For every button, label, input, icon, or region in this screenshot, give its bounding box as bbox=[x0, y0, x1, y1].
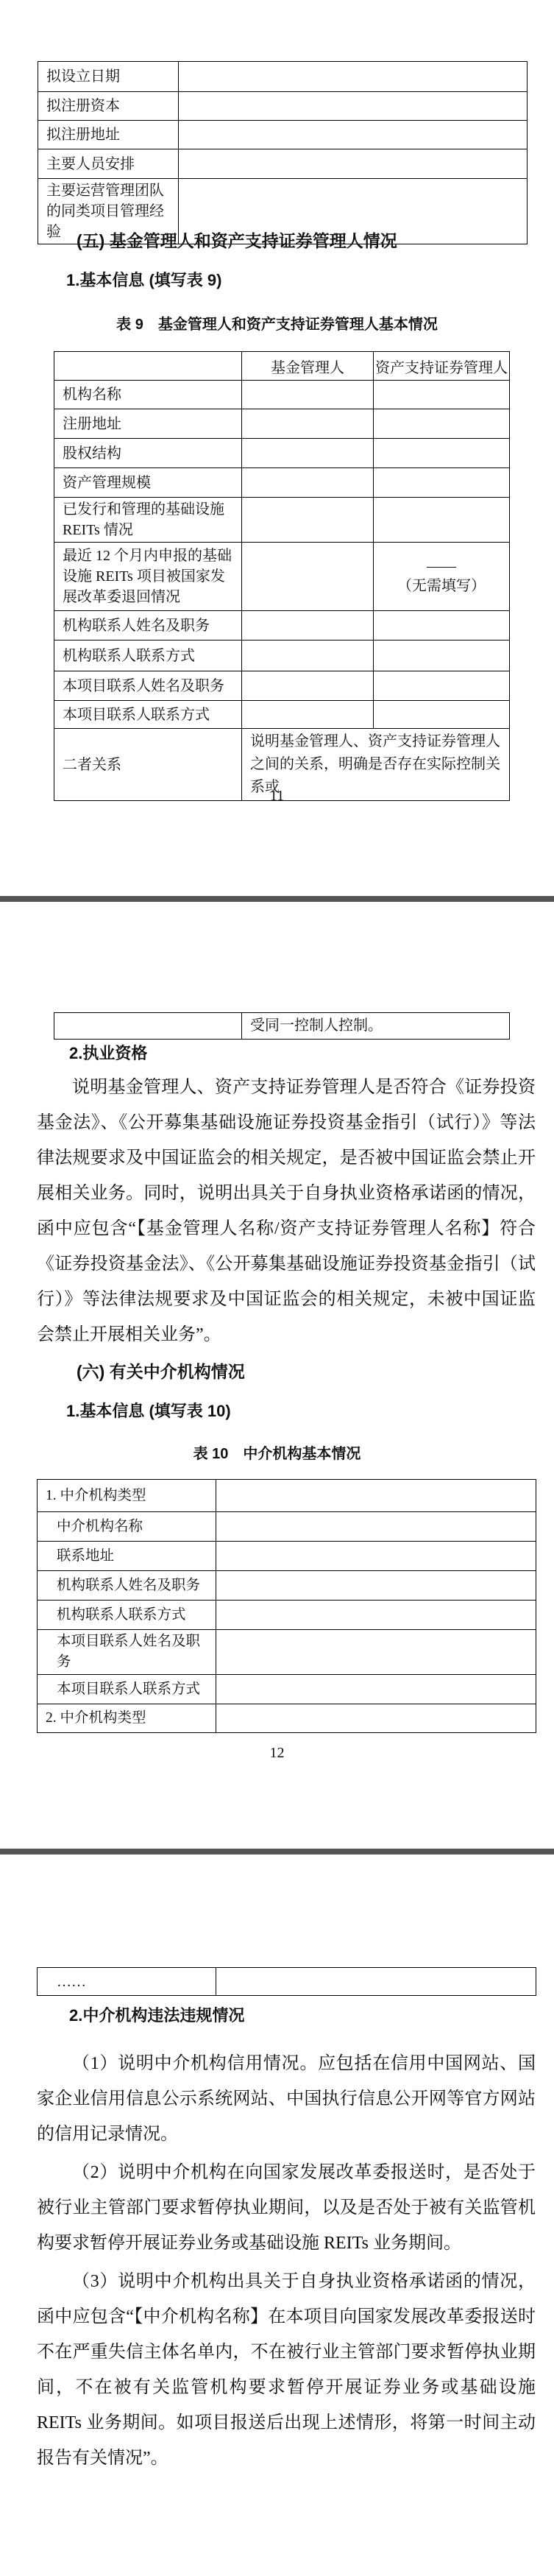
table10-intermediaries: 1. 中介机构类型 中介机构名称 联系地址 机构联系人姓名及职务 机构联系人联系… bbox=[37, 1479, 536, 1733]
table-row: 受同一控制人控制。 bbox=[54, 1013, 510, 1040]
table-row: 已发行和管理的基础设施 REITs 情况 bbox=[54, 498, 510, 543]
table-row: 机构联系人联系方式 bbox=[54, 641, 510, 671]
header-cell bbox=[54, 352, 242, 381]
row-value-cell bbox=[216, 1571, 536, 1601]
table-row: 资产管理规模 bbox=[54, 468, 510, 498]
row-value-cell bbox=[242, 381, 374, 409]
page-number: 12 bbox=[0, 1742, 554, 1764]
table-row: 1. 中介机构类型 bbox=[38, 1480, 536, 1512]
row-label-cell: 1. 中介机构类型 bbox=[38, 1480, 216, 1512]
subsection-heading-basic-info: 1.基本信息 (填写表 9) bbox=[66, 269, 221, 292]
page-13: …… 2.中介机构违法违规情况 （1）说明中介机构信用情况。应包括在信用中国网站… bbox=[0, 1855, 554, 2576]
table-row: 本项目联系人姓名及职务 bbox=[38, 1630, 536, 1675]
table-row: 股权结构 bbox=[54, 439, 510, 468]
row-label-cell: 本项目联系人姓名及职务 bbox=[54, 671, 242, 701]
header-cell-fund-manager: 基金管理人 bbox=[242, 352, 374, 381]
row-value-cell bbox=[242, 641, 374, 671]
table-row: 机构名称 bbox=[54, 381, 510, 409]
row-value-cell bbox=[374, 498, 510, 543]
row-label-cell: 机构联系人姓名及职务 bbox=[54, 611, 242, 641]
violations-paragraph-3: （3）说明中介机构出具关于自身执业资格承诺函的情况，函中应包含“【中介机构名称】… bbox=[37, 2264, 536, 2476]
row-value-cell bbox=[374, 671, 510, 701]
section-heading-5: (五) 基金管理人和资产支持证券管理人情况 bbox=[77, 229, 397, 253]
row-label-cell bbox=[54, 1013, 242, 1040]
row-value-cell bbox=[242, 439, 374, 468]
dash-mark: —— bbox=[374, 557, 509, 576]
table-row: 拟注册地址 bbox=[38, 121, 528, 149]
row-label-cell: 股权结构 bbox=[54, 439, 242, 468]
table-row: 机构联系人联系方式 bbox=[38, 1601, 536, 1630]
table-row: 本项目联系人联系方式 bbox=[38, 1675, 536, 1704]
row-value-cell bbox=[242, 701, 374, 729]
table-row: 机构联系人姓名及职务 bbox=[54, 611, 510, 641]
row-value-cell bbox=[374, 439, 510, 468]
table10-title: 表 10 中介机构基本情况 bbox=[0, 1444, 554, 1464]
row-label-cell: 机构联系人联系方式 bbox=[38, 1601, 216, 1630]
table9-continuation: 受同一控制人控制。 bbox=[54, 1012, 510, 1040]
row-value-cell bbox=[216, 1601, 536, 1630]
row-label-cell: 本项目联系人联系方式 bbox=[54, 701, 242, 729]
row-label-cell: 2. 中介机构类型 bbox=[38, 1704, 216, 1733]
row-label-cell: 联系地址 bbox=[38, 1542, 216, 1571]
row-value-cell bbox=[216, 1630, 536, 1675]
row-label-cell: 拟注册地址 bbox=[38, 121, 179, 149]
table-row: 主要人员安排 bbox=[38, 149, 528, 179]
row-label-cell: 中介机构名称 bbox=[38, 1512, 216, 1542]
qualification-paragraph: 说明基金管理人、资产支持证券管理人是否符合《证券投资基金法》、《公开募集基础设施… bbox=[37, 1070, 536, 1354]
row-value-cell bbox=[179, 92, 528, 121]
page-separator bbox=[0, 896, 554, 902]
row-value-cell bbox=[374, 641, 510, 671]
no-fill-note: （无需填写） bbox=[374, 576, 509, 596]
row-value-cell bbox=[374, 701, 510, 729]
row-value-cell bbox=[374, 381, 510, 409]
row-value-cell bbox=[216, 1512, 536, 1542]
table-row: 拟设立日期 bbox=[38, 62, 528, 92]
row-label-cell: 本项目联系人联系方式 bbox=[38, 1675, 216, 1704]
ellipsis-cell: …… bbox=[38, 1968, 216, 1996]
row-value-cell bbox=[242, 611, 374, 641]
row-label-cell: 最近 12 个月内申报的基础设施 REITs 项目被国家发展改革委退回情况 bbox=[54, 543, 242, 611]
row-value-cell bbox=[242, 409, 374, 439]
table-row: 中介机构名称 bbox=[38, 1512, 536, 1542]
row-label-cell: 机构联系人姓名及职务 bbox=[38, 1571, 216, 1601]
no-fill-needed-cell: —— （无需填写） bbox=[374, 543, 510, 611]
subsection-heading-basic-info-10: 1.基本信息 (填写表 10) bbox=[66, 1400, 231, 1423]
table-row: 注册地址 bbox=[54, 409, 510, 439]
row-label-cell: 本项目联系人姓名及职务 bbox=[38, 1630, 216, 1675]
table-row: 本项目联系人姓名及职务 bbox=[54, 671, 510, 701]
table9-title: 表 9 基金管理人和资产支持证券管理人基本情况 bbox=[0, 314, 554, 335]
row-value-cell bbox=[179, 121, 528, 149]
row-value-cell bbox=[179, 149, 528, 179]
table10-continuation: …… bbox=[37, 1967, 536, 1996]
row-value-cell bbox=[242, 468, 374, 498]
applicant-info-table: 拟设立日期 拟注册资本 拟注册地址 主要人员安排 主要运营管理团队的同类项目管理… bbox=[38, 61, 528, 244]
page-11: 拟设立日期 拟注册资本 拟注册地址 主要人员安排 主要运营管理团队的同类项目管理… bbox=[0, 0, 554, 896]
relationship-continuation-cell: 受同一控制人控制。 bbox=[242, 1013, 510, 1040]
row-value-cell bbox=[242, 498, 374, 543]
row-value-cell bbox=[374, 611, 510, 641]
violations-paragraph-2: （2）说明中介机构在向国家发展改革委报送时，是否处于被行业主管部门要求暂停执业期… bbox=[37, 2155, 536, 2261]
row-label-cell: 注册地址 bbox=[54, 409, 242, 439]
subsection-heading-qualification: 2.执业资格 bbox=[69, 1042, 147, 1065]
violations-paragraph-1: （1）说明中介机构信用情况。应包括在信用中国网站、国家企业信用信息公示系统网站、… bbox=[37, 2046, 536, 2152]
section-heading-6: (六) 有关中介机构情况 bbox=[77, 1360, 245, 1383]
row-value-cell bbox=[216, 1542, 536, 1571]
row-value-cell bbox=[216, 1704, 536, 1733]
table-row: 联系地址 bbox=[38, 1542, 536, 1571]
subsection-heading-violations: 2.中介机构违法违规情况 bbox=[69, 2004, 244, 2028]
table9-managers: 基金管理人 资产支持证券管理人 机构名称 注册地址 股权结构 bbox=[54, 351, 510, 801]
row-value-cell bbox=[242, 671, 374, 701]
table-row: 拟注册资本 bbox=[38, 92, 528, 121]
row-value-cell bbox=[374, 409, 510, 439]
document-viewer: 拟设立日期 拟注册资本 拟注册地址 主要人员安排 主要运营管理团队的同类项目管理… bbox=[0, 0, 554, 2576]
row-label-cell: 已发行和管理的基础设施 REITs 情况 bbox=[54, 498, 242, 543]
row-value-cell bbox=[374, 468, 510, 498]
page-separator bbox=[0, 1849, 554, 1855]
table-row: 本项目联系人联系方式 bbox=[54, 701, 510, 729]
row-value-cell bbox=[179, 62, 528, 92]
page-number: 11 bbox=[0, 785, 554, 807]
row-label-cell: 拟注册资本 bbox=[38, 92, 179, 121]
table-row: 机构联系人姓名及职务 bbox=[38, 1571, 536, 1601]
row-label-cell: 机构名称 bbox=[54, 381, 242, 409]
page-12: 受同一控制人控制。 2.执业资格 说明基金管理人、资产支持证券管理人是否符合《证… bbox=[0, 902, 554, 1849]
table-row: 最近 12 个月内申报的基础设施 REITs 项目被国家发展改革委退回情况 ——… bbox=[54, 543, 510, 611]
row-label-cell: 资产管理规模 bbox=[54, 468, 242, 498]
row-label-cell: 拟设立日期 bbox=[38, 62, 179, 92]
header-cell-abs-manager: 资产支持证券管理人 bbox=[374, 352, 510, 381]
row-value-cell bbox=[216, 1968, 536, 1996]
row-value-cell bbox=[242, 543, 374, 611]
table-header-row: 基金管理人 资产支持证券管理人 bbox=[54, 352, 510, 381]
table-row: …… bbox=[38, 1968, 536, 1996]
row-label-cell: 主要人员安排 bbox=[38, 149, 179, 179]
row-value-cell bbox=[216, 1480, 536, 1512]
table-row: 2. 中介机构类型 bbox=[38, 1704, 536, 1733]
row-label-cell: 机构联系人联系方式 bbox=[54, 641, 242, 671]
row-value-cell bbox=[216, 1675, 536, 1704]
